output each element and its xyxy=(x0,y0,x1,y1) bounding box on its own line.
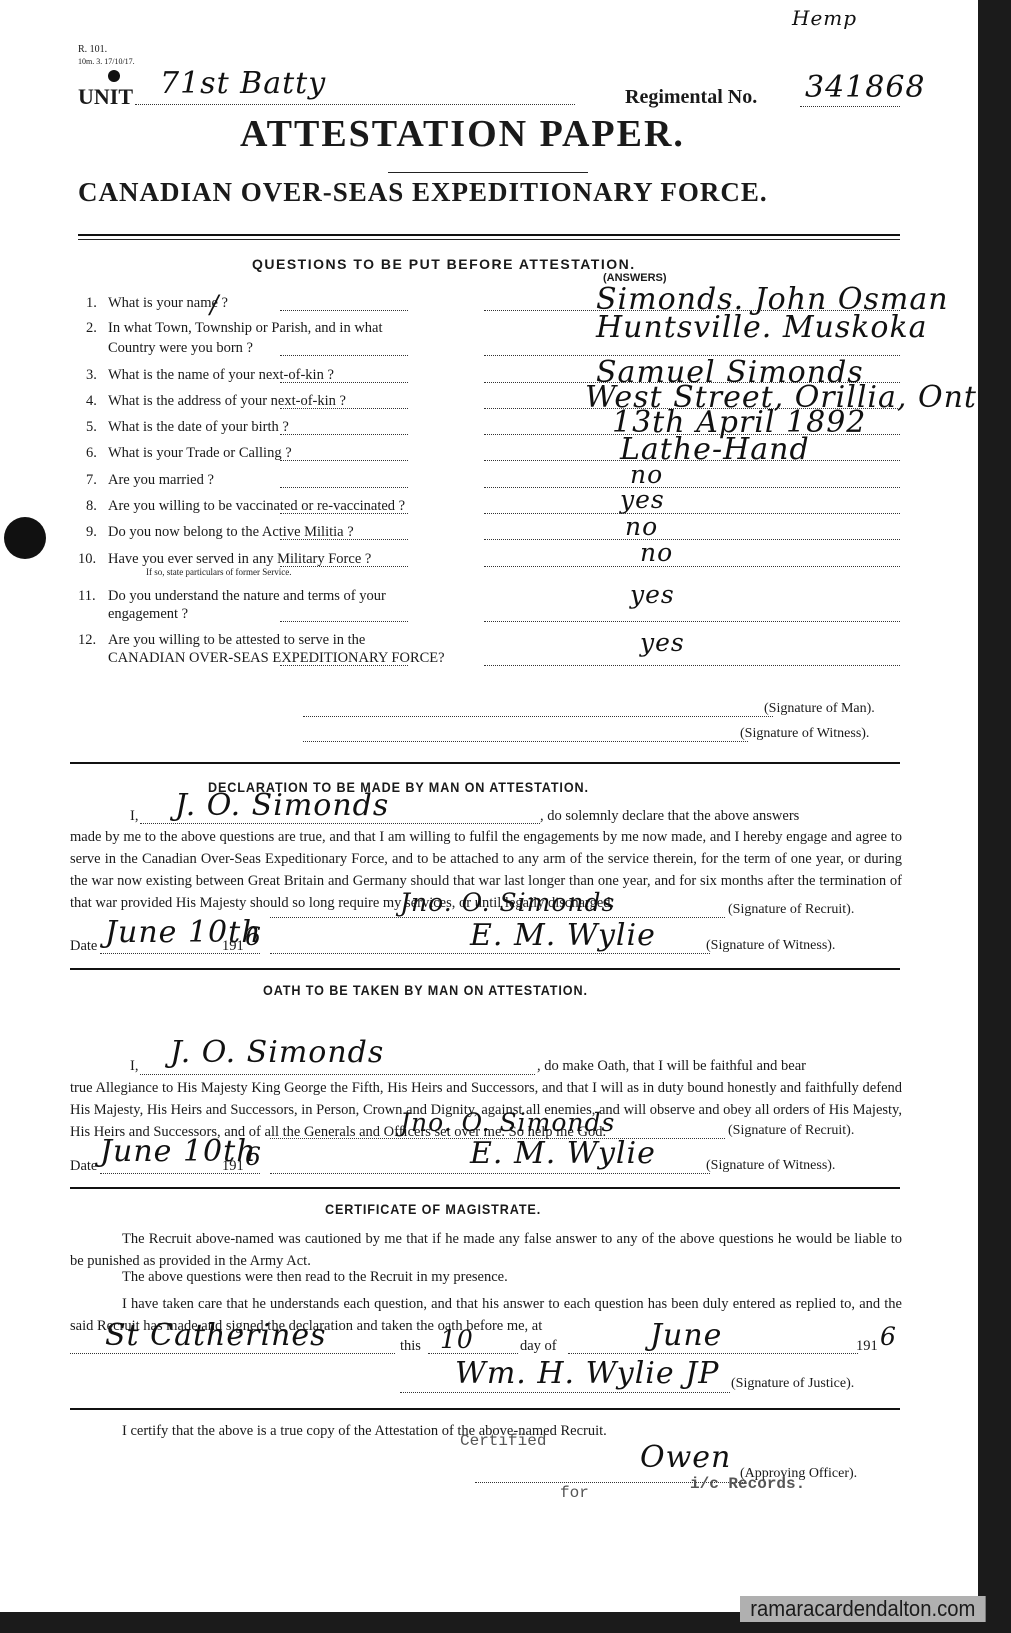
question-number: 4. xyxy=(86,393,97,410)
question-number: 2. xyxy=(86,320,97,337)
declaration-text-first: , do solemnly declare that the above ans… xyxy=(540,808,799,825)
oath-name-line xyxy=(140,1074,535,1075)
question-dotted-leader xyxy=(280,665,408,666)
attestation-paper: R. 101. 10m. 3. 17/10/17. Hemp UNIT 71st… xyxy=(0,0,978,1612)
header-rule-2 xyxy=(78,239,900,240)
answer-value: Huntsville. Muskoka xyxy=(596,310,928,345)
officer-signature: Owen xyxy=(640,1440,731,1475)
answer-line xyxy=(484,566,900,567)
document-title: ATTESTATION PAPER. xyxy=(240,112,685,156)
oath-heading: OATH TO BE TAKEN BY MAN ON ATTESTATION. xyxy=(263,982,588,998)
magistrate-heading: CERTIFICATE OF MAGISTRATE. xyxy=(325,1201,541,1217)
magistrate-place: St Catherines xyxy=(105,1318,327,1353)
answer-line xyxy=(484,539,900,540)
magistrate-place-line xyxy=(70,1353,395,1354)
magistrate-month-line xyxy=(568,1353,858,1354)
declaration-name-line xyxy=(140,823,540,824)
oath-recruit-label: (Signature of Recruit). xyxy=(728,1123,854,1139)
oath-witness-signature: E. M. Wylie xyxy=(470,1136,656,1171)
print-code: 10m. 3. 17/10/17. xyxy=(78,56,135,67)
answer-line xyxy=(484,487,900,488)
signature-of-witness-label: (Signature of Witness). xyxy=(740,726,869,742)
question-dotted-leader xyxy=(280,487,408,488)
signature-of-witness-line xyxy=(303,741,748,742)
question-text: Are you willing to be attested to serve … xyxy=(108,632,365,649)
declaration-name: J. O. Simonds xyxy=(175,788,389,823)
answer-line xyxy=(484,621,900,622)
answer-line xyxy=(484,513,900,514)
answer-value: yes xyxy=(640,628,685,657)
question-number: 8. xyxy=(86,498,97,515)
question-dotted-leader xyxy=(280,566,408,567)
oath-year-suffix: 6 xyxy=(245,1142,262,1171)
declaration-witness-signature: E. M. Wylie xyxy=(470,918,656,953)
oath-date-label: Date xyxy=(70,1158,97,1175)
oath-name: J. O. Simonds xyxy=(170,1035,384,1070)
declaration-lead: I, xyxy=(130,808,138,825)
questions-heading: QUESTIONS TO BE PUT BEFORE ATTESTATION. xyxy=(252,256,636,272)
magistrate-this-label: this xyxy=(400,1338,421,1355)
for-stamp: for xyxy=(560,1484,589,1502)
answer-value: yes xyxy=(630,580,675,609)
question-text: Do you understand the nature and terms o… xyxy=(108,588,386,605)
magistrate-month: June xyxy=(650,1318,722,1353)
question-dotted-leader xyxy=(280,355,408,356)
document-subtitle: CANADIAN OVER-SEAS EXPEDITIONARY FORCE. xyxy=(78,177,768,208)
declaration-date-label: Date xyxy=(70,938,97,955)
question-number: 6. xyxy=(86,445,97,462)
magistrate-year-prefix: 191 xyxy=(856,1338,878,1355)
declaration-witness-label: (Signature of Witness). xyxy=(706,938,835,954)
answer-value: no xyxy=(640,538,673,567)
punch-hole xyxy=(4,517,46,559)
question-number: 11. xyxy=(78,588,96,605)
oath-year-prefix: 191 xyxy=(222,1158,244,1175)
certified-stamp: Certified xyxy=(460,1432,546,1450)
punch-mark xyxy=(108,70,120,82)
question-number: 12. xyxy=(78,632,96,649)
watermark: ramaracardendalton.com xyxy=(740,1596,986,1622)
magistrate-day: 10 xyxy=(440,1325,474,1354)
question-text: What is the date of your birth ? xyxy=(108,419,289,436)
oath-lead: I, xyxy=(130,1058,138,1075)
answer-value: yes xyxy=(620,485,665,514)
justice-sig-line xyxy=(400,1392,730,1393)
unit-value: 71st Batty xyxy=(160,66,326,101)
magistrate-day-of-label: day of xyxy=(520,1338,557,1355)
title-underline xyxy=(388,172,588,173)
header-rule xyxy=(78,234,900,236)
question-dotted-leader xyxy=(280,382,408,383)
declaration-witness-line xyxy=(270,953,710,954)
question-text: What is your Trade or Calling ? xyxy=(108,445,292,462)
magistrate-year-suffix: 6 xyxy=(880,1322,897,1351)
question-number: 5. xyxy=(86,419,97,436)
answer-value: no xyxy=(625,512,658,541)
question-note: If so, state particulars of former Servi… xyxy=(146,567,291,577)
declaration-year-suffix: 6 xyxy=(245,922,262,951)
question-1-mark: / xyxy=(210,290,219,319)
records-stamp: i/c Records. xyxy=(690,1475,805,1493)
form-number: R. 101. xyxy=(78,44,107,55)
section-rule-1 xyxy=(70,762,900,764)
question-number: 3. xyxy=(86,367,97,384)
question-dotted-leader xyxy=(280,460,408,461)
answer-line xyxy=(484,665,900,666)
signature-of-man-line xyxy=(303,716,773,717)
signature-of-man-label: (Signature of Man). xyxy=(764,701,875,717)
section-rule-3 xyxy=(70,1187,900,1189)
question-number: 1. xyxy=(86,295,97,312)
oath-recruit-signature: Jno. O. Simonds xyxy=(400,1108,615,1137)
question-dotted-leader xyxy=(280,621,408,622)
question-number: 9. xyxy=(86,524,97,541)
oath-witness-label: (Signature of Witness). xyxy=(706,1158,835,1174)
unit-field-line xyxy=(135,104,575,105)
declaration-year-prefix: 191 xyxy=(222,938,244,955)
question-dotted-leader xyxy=(280,310,408,311)
regimental-field-line xyxy=(800,106,900,107)
question-dotted-leader xyxy=(280,434,408,435)
regimental-number: 341868 xyxy=(805,70,926,105)
section-rule-2 xyxy=(70,968,900,970)
question-text-continued: engagement ? xyxy=(108,606,188,623)
unit-label: UNIT xyxy=(78,84,133,110)
question-dotted-leader xyxy=(280,408,408,409)
question-dotted-leader xyxy=(280,513,408,514)
top-annotation: Hemp xyxy=(792,6,857,30)
justice-signature: Wm. H. Wylie JP xyxy=(455,1356,719,1391)
question-number: 7. xyxy=(86,472,97,489)
question-text: Are you married ? xyxy=(108,472,214,489)
question-text: In what Town, Township or Parish, and in… xyxy=(108,320,383,337)
declaration-recruit-signature: Jno. O. Simonds xyxy=(400,888,615,917)
declaration-recruit-label: (Signature of Recruit). xyxy=(728,902,854,918)
oath-text-first: , do make Oath, that I will be faithful … xyxy=(537,1058,806,1075)
oath-witness-line xyxy=(270,1173,710,1174)
question-dotted-leader xyxy=(280,539,408,540)
regimental-label: Regimental No. xyxy=(625,86,757,109)
magistrate-para-2: The above questions were then read to th… xyxy=(122,1266,508,1288)
question-text-continued: Country were you born ? xyxy=(108,340,253,357)
justice-label: (Signature of Justice). xyxy=(731,1376,854,1392)
question-number: 10. xyxy=(78,551,96,568)
section-rule-4 xyxy=(70,1408,900,1410)
